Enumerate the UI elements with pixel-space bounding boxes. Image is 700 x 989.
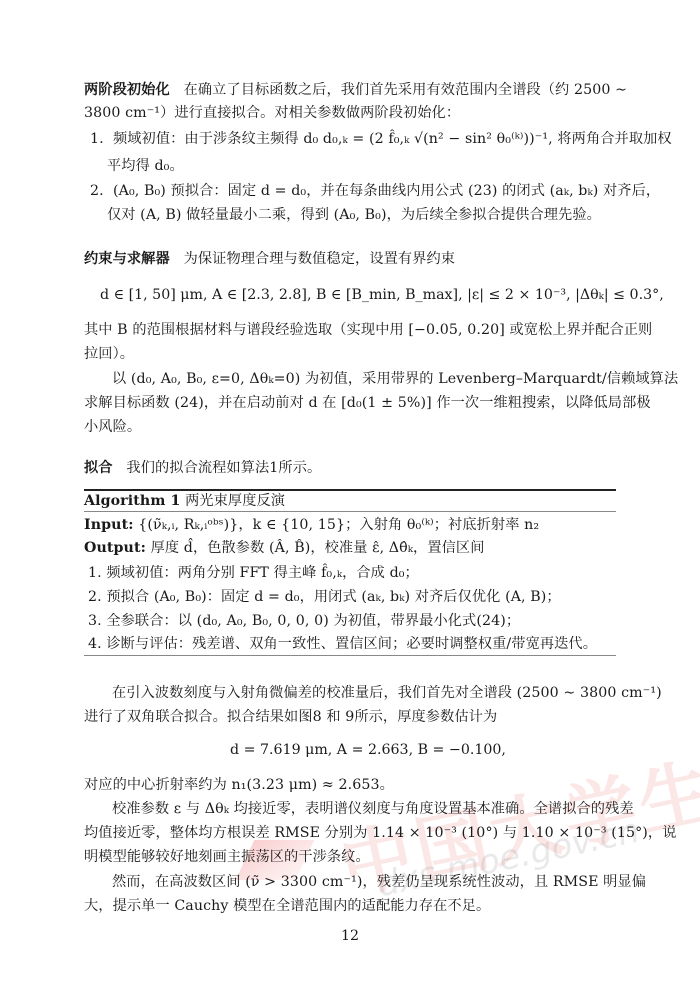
algorithm-label: Algorithm 1 xyxy=(84,493,180,509)
fit-heading: 拟合 xyxy=(84,460,113,476)
algorithm-caption-rule xyxy=(84,511,616,512)
results-para3-line2: 均值接近零，整体均方根误差 RMSE 分别为 1.14 × 10⁻³ (10°)… xyxy=(84,823,677,843)
page-number: 12 xyxy=(0,928,700,944)
init-heading: 两阶段初始化 xyxy=(84,82,170,98)
results-para1-line1: 在引入波数刻度与入射角微偏差的校准量后，我们首先对全谱段 (2500 ∼ 380… xyxy=(112,683,662,703)
algorithm-caption: Algorithm 1 两光束厚度反演 xyxy=(84,491,285,511)
algorithm-step-3: 3. 全参联合：以 (d₀, A₀, B₀, 0, 0, 0) 为初值，带界最小… xyxy=(88,611,520,631)
constraints-heading: 约束与求解器 xyxy=(84,251,170,267)
results-para2: 对应的中心折射率约为 n₁(3.23 μm) ≈ 2.653。 xyxy=(84,775,394,795)
results-para3-line1: 校准参数 ε 与 Δθₖ 均接近零，表明谱仪刻度与角度设置基本准确。全谱拟合的残… xyxy=(112,799,634,819)
algorithm-input: Input: {(ν̃ₖ,ᵢ, Rₖ,ᵢᵒᵇˢ)}，k ∈ {10, 15}；入… xyxy=(84,515,539,535)
results-para1-line2: 进行了双角联合拟合。拟合结果如图8 和 9所示，厚度参数估计为 xyxy=(84,707,497,727)
algorithm-output: Output: 厚度 d̂，色散参数 (Â, B̂)，校准量 ε̂, Δθ̂ₖ，… xyxy=(84,538,484,558)
constraints-after-line2: 拉回）。 xyxy=(84,344,134,364)
algorithm-step-2: 2. 预拟合 (A₀, B₀)：固定 d = d₀，用闭式 (aₖ, bₖ) 对… xyxy=(88,587,561,607)
solver-para-line2: 求解目标函数 (24)，并在启动前对 d 在 [d₀(1 ± 5%)] 作一次一… xyxy=(84,393,651,413)
algorithm-step-1: 1. 频域初值：两角分别 FFT 得主峰 f̂₀,ₖ，合成 d₀； xyxy=(88,563,419,583)
algorithm-bottom-rule xyxy=(84,655,616,656)
constraints-equation: d ∈ [1, 50] μm, A ∈ [2.3, 2.8], B ∈ [B_m… xyxy=(100,287,664,303)
results-para3-line3: 明模型能够较好地刻画主振荡区的干涉条纹。 xyxy=(84,847,370,867)
fit-intro: 拟合 我们的拟合流程如算法1所示。 xyxy=(84,458,321,478)
algorithm-title: 两光束厚度反演 xyxy=(185,493,285,509)
solver-para-line1: 以 (d₀, A₀, B₀, ε=0, Δθₖ=0) 为初值，采用带界的 Lev… xyxy=(112,369,678,389)
constraints-after-line1: 其中 B 的范围根据材料与谱段经验选取（实现中用 [−0.05, 0.20] 或… xyxy=(84,320,652,340)
results-para4-line1: 然而，在高波数区间 (ν̃ > 3300 cm⁻¹)，残差仍呈现系统性波动，且 … xyxy=(112,872,646,892)
init-paragraph-line2: 3800 cm⁻¹）进行直接拟合。对相关参数做两阶段初始化： xyxy=(84,103,460,123)
init-item-2: 2. (A₀, B₀) 预拟合：固定 d = d₀，并在每条曲线内用公式 (23… xyxy=(90,181,660,201)
results-equation: d = 7.619 μm, A = 2.663, B = −0.100, xyxy=(230,742,506,758)
algorithm-step-4: 4. 诊断与评估：残差谱、双角一致性、置信区间；必要时调整权重/带宽再迭代。 xyxy=(88,634,597,654)
solver-para-line3: 小风险。 xyxy=(84,417,141,437)
init-item-1: 1. 频域初值：由于涉条纹主频得 d₀ d₀,ₖ = (2 f̂₀,ₖ √(n²… xyxy=(90,129,672,149)
constraints-intro: 约束与求解器 为保证物理合理与数值稳定，设置有界约束 xyxy=(84,249,455,269)
results-para4-line2: 大，提示单一 Cauchy 模型在全谱范围内的适配能力存在不足。 xyxy=(84,896,490,916)
init-paragraph-line1: 两阶段初始化 在确立了目标函数之后，我们首先采用有效范围内全谱段（约 2500 … xyxy=(84,80,627,100)
init-item-1-cont: 平均得 d₀。 xyxy=(107,156,184,176)
document-page: 中国大学生在线 dxs.moe.gov.cn 两阶段初始化 在确立了目标函数之后… xyxy=(0,0,700,989)
init-item-2-cont: 仅对 (A, B) 做轻量最小二乘，得到 (A₀, B₀)，为后续全参拟合提供合… xyxy=(107,205,601,225)
